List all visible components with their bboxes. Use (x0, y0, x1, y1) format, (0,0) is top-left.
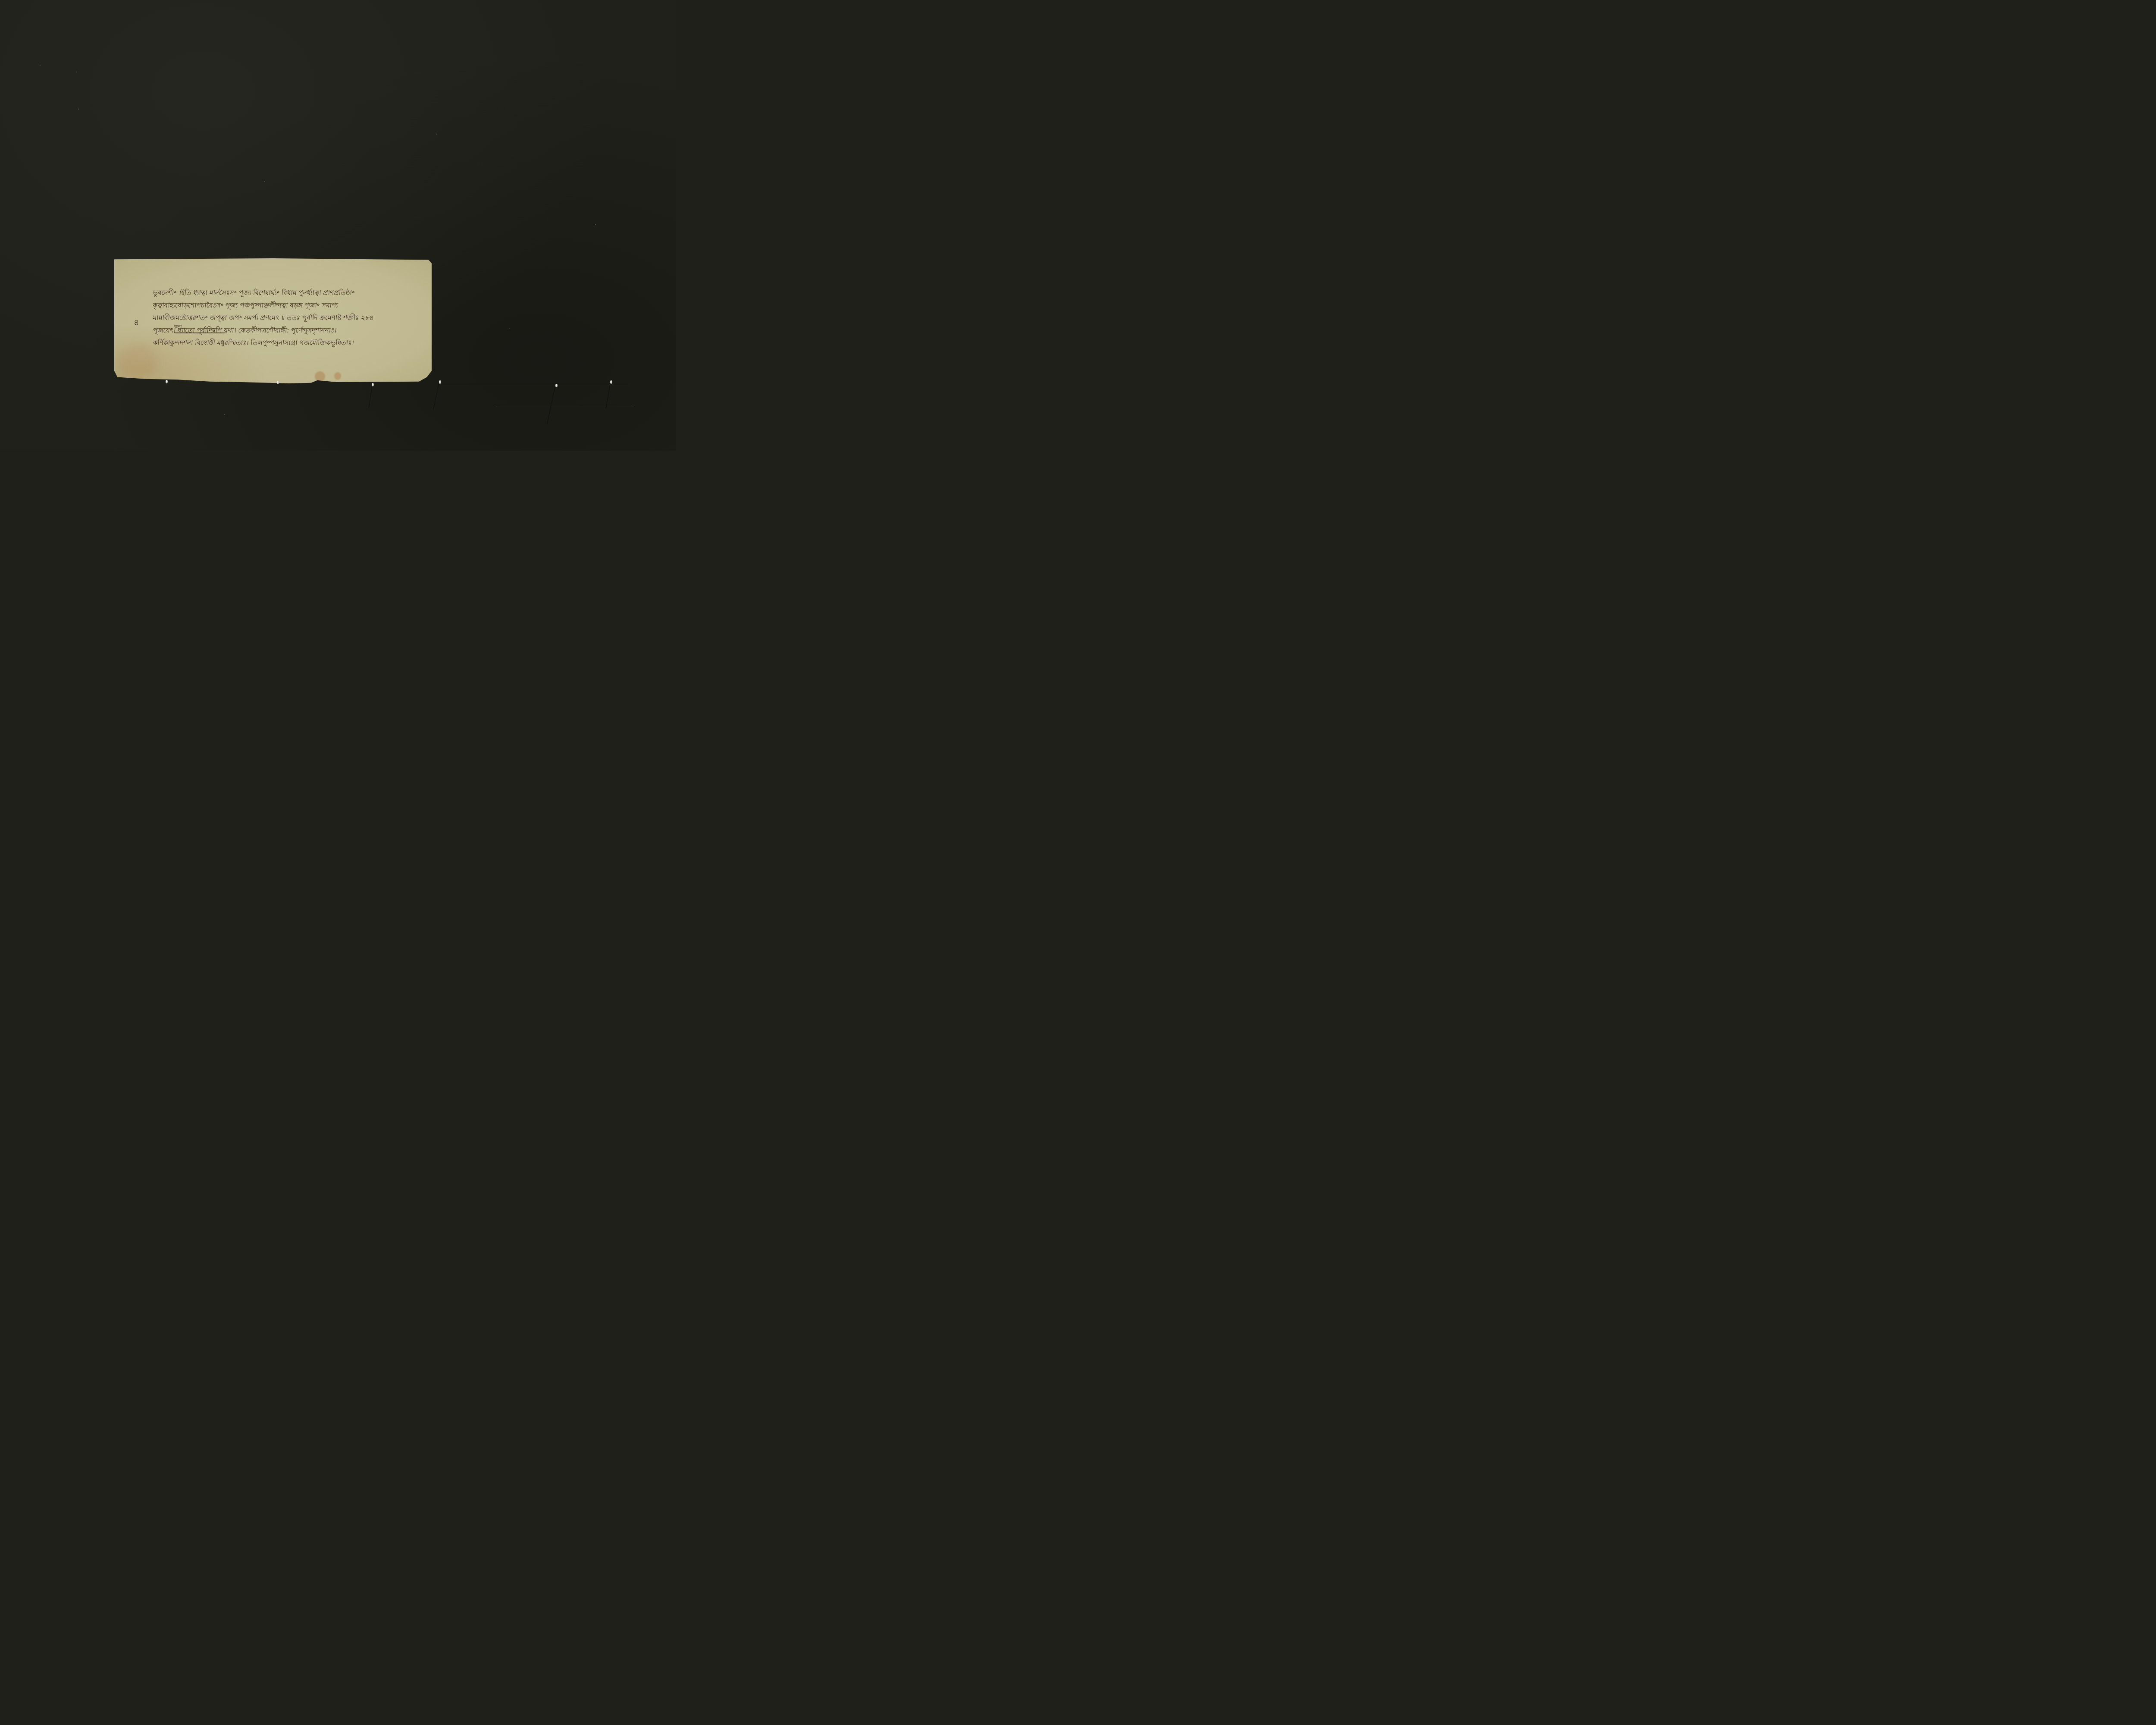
background-speck (76, 72, 77, 72)
folio-number: ৪ (134, 317, 139, 330)
photo-scene: ৪ ধ্যানং ভুবনেশী॰ ।ইতি ধ্যাত্বা মানসৈঃস॰… (0, 0, 676, 451)
paper-stain (315, 371, 325, 382)
background-speck (78, 109, 79, 110)
paper-stain (334, 372, 341, 380)
background-speck (509, 328, 510, 329)
background-speck (224, 414, 225, 415)
background-speck (436, 134, 437, 135)
pin-thread (369, 386, 372, 408)
pin-thread (547, 386, 555, 424)
mounting-pin (610, 380, 612, 384)
manuscript-line: মায়াবীজমষ্টোত্তরশত॰ জপ্ত্বা জপ॰ সমর্প্য… (152, 312, 421, 324)
background-speck (40, 65, 41, 66)
mount-line (496, 407, 634, 407)
manuscript-line: পূজয়েৎ। ধ্যাতো পূর্বাদিষ্বপি যথা। কেতকী… (152, 324, 421, 337)
paper-stain (119, 345, 157, 379)
mount-line (440, 384, 630, 384)
manuscript-leaf: ৪ ধ্যানং ভুবনেশী॰ ।ইতি ধ্যাত্বা মানসৈঃস॰… (114, 258, 432, 383)
background-speck (595, 224, 596, 225)
pin-thread (606, 383, 611, 408)
mounting-pin (166, 380, 168, 383)
mounting-pin (372, 383, 374, 386)
manuscript-line: কৃত্বাবাহ্যষোড়শোপচারৈঃস॰ পূজ্য পঞ্চপুষ্… (152, 299, 421, 312)
pin-thread (433, 384, 439, 409)
mounting-pin (555, 384, 558, 387)
manuscript-text: ভুবনেশী॰ ।ইতি ধ্যাত্বা মানসৈঃস॰ পূজ্য বি… (152, 287, 420, 349)
mounting-pin (439, 380, 441, 384)
background-speck (264, 181, 265, 182)
mounting-pin (277, 381, 279, 384)
manuscript-line: ভুবনেশী॰ ।ইতি ধ্যাত্বা মানসৈঃস॰ পূজ্য বি… (152, 287, 421, 299)
manuscript-line: কর্ণিকাকুন্দদশনা বিম্বোষ্ঠী মধুরস্মিতাঃ।… (152, 337, 421, 349)
